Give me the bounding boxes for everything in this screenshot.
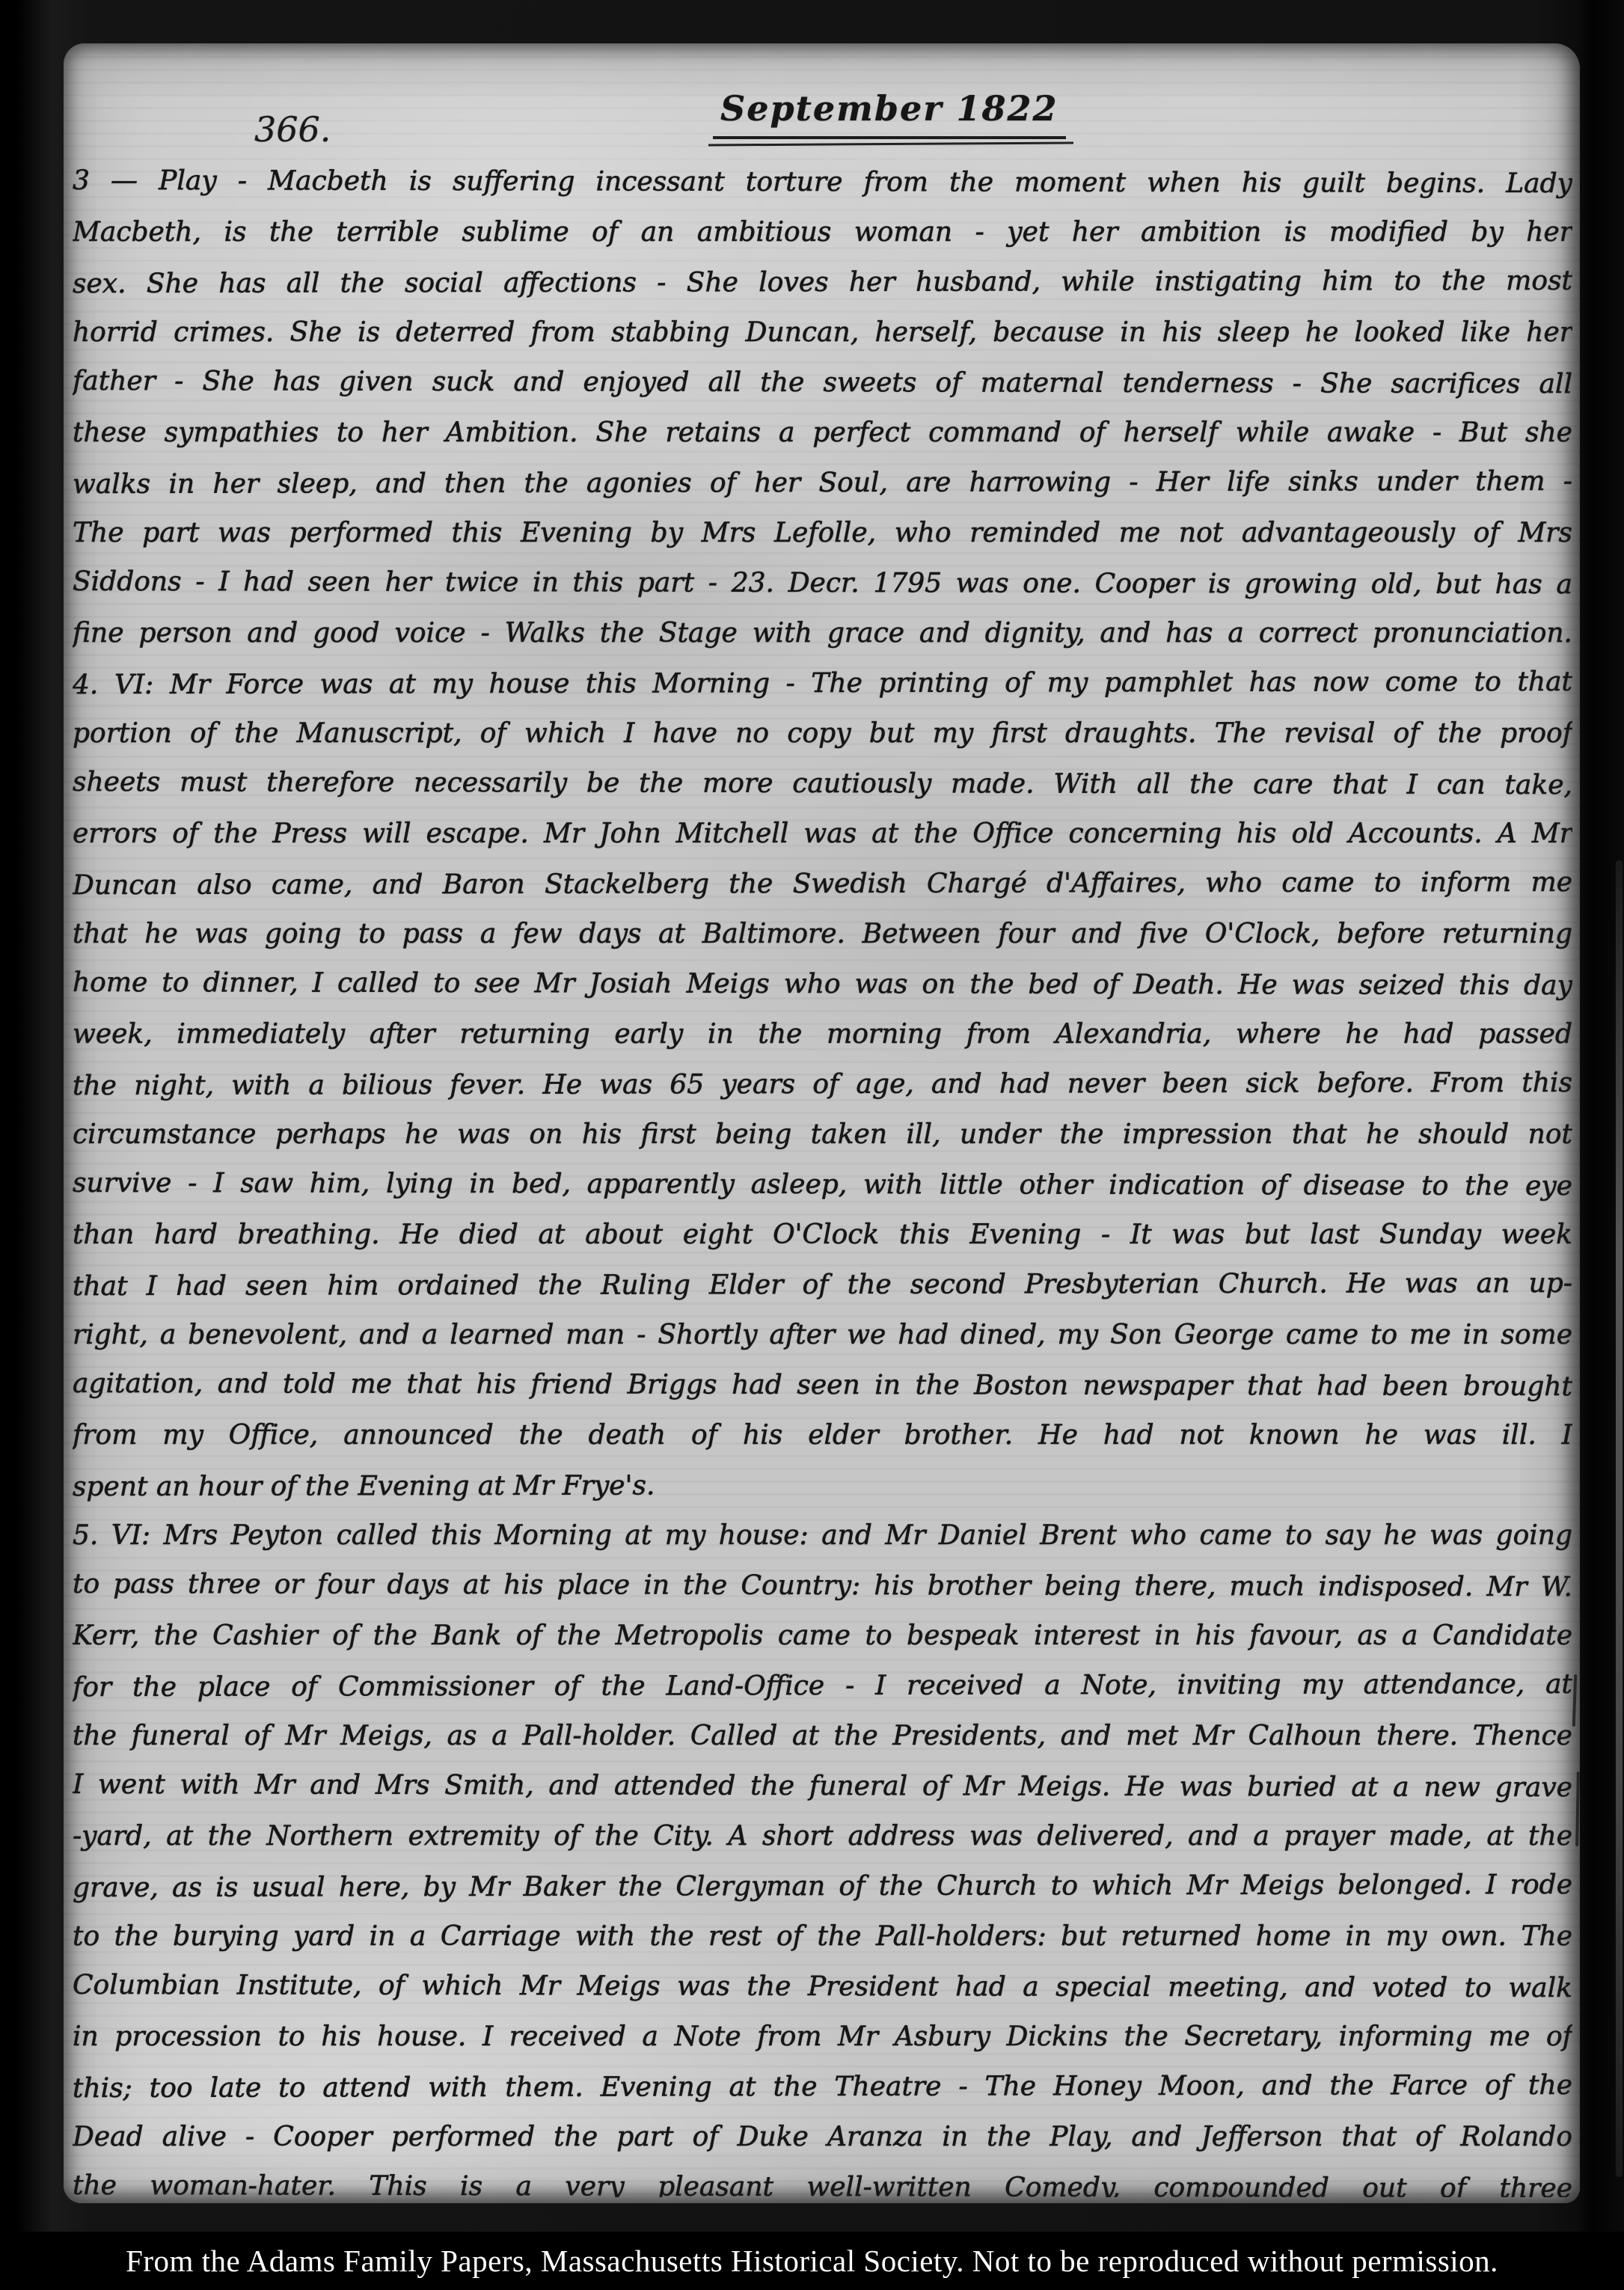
- manuscript-line: to pass three or four days at his place …: [73, 1559, 1572, 1612]
- manuscript-line: agitation, and told me that his friend B…: [73, 1359, 1572, 1412]
- manuscript-line: that I had seen him ordained the Ruling …: [73, 1258, 1572, 1311]
- manuscript-line: sheets must therefore necessarily be the…: [73, 757, 1572, 810]
- manuscript-line: home to dinner, I called to see Mr Josia…: [73, 958, 1572, 1011]
- month-heading: September 1822: [713, 88, 1066, 139]
- manuscript-line: right, a benevolent, and a learned man -…: [73, 1310, 1572, 1360]
- manuscript-line: Columbian Institute, of which Mr Meigs w…: [73, 1960, 1572, 2013]
- caption-bar: From the Adams Family Papers, Massachuse…: [0, 2232, 1624, 2290]
- manuscript-line: these sympathies to her Ambition. She re…: [73, 408, 1572, 458]
- manuscript-line: father - She has given suck and enjoyed …: [73, 356, 1572, 409]
- manuscript-line: 3 — Play - Macbeth is suffering incessan…: [73, 157, 1572, 209]
- manuscript-line: the woman-hater. This is a very pleasant…: [73, 2161, 1572, 2197]
- manuscript-line: -yard, at the Northern extremity of the …: [73, 1811, 1572, 1861]
- manuscript-line: sex. She has all the social affections -…: [73, 256, 1572, 309]
- manuscript-line: Kerr, the Cashier of the Bank of the Met…: [73, 1611, 1572, 1661]
- manuscript-line: walks in her sleep, and then the agonies…: [73, 456, 1572, 509]
- manuscript-line: from my Office, announced the death of h…: [73, 1410, 1572, 1460]
- manuscript-line: the night, with a bilious fever. He was …: [73, 1058, 1572, 1111]
- page-number: 366.: [254, 109, 331, 150]
- manuscript-page: 366. September 1822 3 — Play - Macbeth i…: [64, 43, 1580, 2203]
- manuscript-line: survive - I saw him, lying in bed, appar…: [73, 1158, 1572, 1211]
- manuscript-line: for the place of Commissioner of the Lan…: [73, 1659, 1572, 1712]
- manuscript-line: circumstance perhaps he was on his first…: [73, 1109, 1572, 1160]
- manuscript-line: in procession to his house. I received a…: [73, 2012, 1572, 2062]
- manuscript-line: spent an hour of the Evening at Mr Frye'…: [73, 1459, 1572, 1512]
- adjacent-page-edge: [1616, 860, 1623, 2177]
- manuscript-line: week, immediately after returning early …: [73, 1009, 1572, 1059]
- manuscript-line: horrid crimes. She is deterred from stab…: [73, 307, 1572, 358]
- manuscript-line: 4. VI: Mr Force was at my house this Mor…: [73, 657, 1572, 710]
- manuscript-line: 5. VI: Mrs Peyton called this Morning at…: [73, 1510, 1572, 1561]
- manuscript-line: Duncan also came, and Baron Stackelberg …: [73, 857, 1572, 910]
- manuscript-text: 3 — Play - Macbeth is suffering incessan…: [73, 157, 1572, 2197]
- manuscript-line: portion of the Manuscript, of which I ha…: [73, 708, 1572, 759]
- manuscript-line: Siddons - I had seen her twice in this p…: [73, 557, 1572, 610]
- manuscript-line: to the burying yard in a Carriage with t…: [73, 1911, 1572, 1962]
- caption-text: From the Adams Family Papers, Massachuse…: [126, 2243, 1498, 2279]
- manuscript-line: grave, as is usual here, by Mr Baker the…: [73, 1860, 1572, 1913]
- manuscript-line: the funeral of Mr Meigs, as a Pall-holde…: [73, 1711, 1572, 1761]
- manuscript-line: I went with Mr and Mrs Smith, and attend…: [73, 1760, 1572, 1813]
- manuscript-line: that he was going to pass a few days at …: [73, 909, 1572, 959]
- manuscript-line: errors of the Press will escape. Mr John…: [73, 809, 1572, 859]
- manuscript-line: this; too late to attend with them. Even…: [73, 2060, 1572, 2113]
- manuscript-line: The part was performed this Evening by M…: [73, 508, 1572, 558]
- manuscript-line: fine person and good voice - Walks the S…: [73, 608, 1572, 658]
- manuscript-line: than hard breathing. He died at about ei…: [73, 1210, 1572, 1260]
- manuscript-line: Dead alive - Cooper performed the part o…: [73, 2112, 1572, 2162]
- manuscript-line: Macbeth, is the terrible sublime of an a…: [73, 207, 1572, 257]
